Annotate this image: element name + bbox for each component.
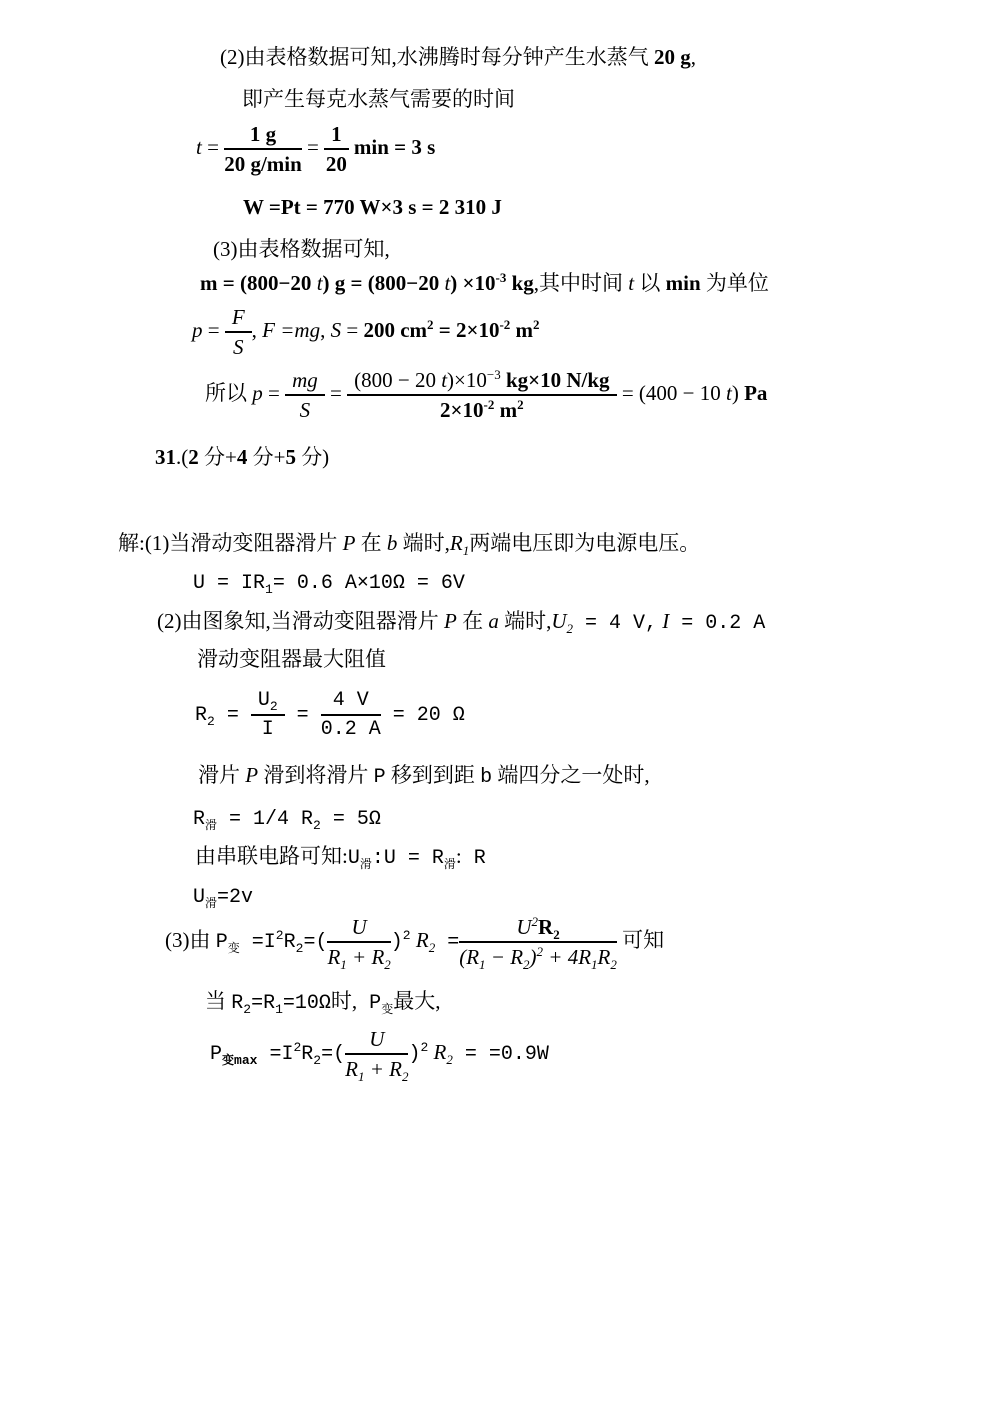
open-paren: =( <box>321 1043 345 1066</box>
fraction-numerator: F <box>225 305 252 333</box>
solution-part2-line: (2)由图象知,当滑动变阻器滑片 P 在 a 端时,U2 = 4 V, I = … <box>157 608 765 636</box>
var-S: S <box>331 318 342 342</box>
den-expr: (R <box>459 945 479 969</box>
fraction-denominator: R1 + R2 <box>345 1055 408 1081</box>
subscript-2: 2 <box>207 714 215 729</box>
close-paren: ) <box>530 945 537 969</box>
subscript-2: 2 <box>313 1053 321 1068</box>
rmax-label-text: 滑动变阻器最大阻值 <box>197 647 386 671</box>
fraction-denominator: S <box>225 333 252 359</box>
uslider-result: =2v <box>217 886 253 909</box>
fraction-denominator: 20 <box>324 150 349 176</box>
fraction-denominator: I <box>251 716 285 741</box>
var-R: R <box>231 992 243 1015</box>
fraction-numerator: 1 g <box>224 122 302 150</box>
subscript-2: 2 <box>553 927 560 942</box>
points-4: 4 <box>237 445 248 469</box>
var-R: R <box>301 1043 313 1066</box>
series-circuit-line: 由串联电路可知:U滑:U = R滑: R <box>195 843 486 871</box>
rslider-equation: R滑 = 1/4 R2 = 5Ω <box>193 804 381 832</box>
r2-result: = 20 Ω <box>381 704 465 727</box>
q30-part2-mass-value: 20 g <box>654 45 691 69</box>
subscript-2: 2 <box>313 818 321 833</box>
var-U: U <box>551 609 566 633</box>
resistance-value: =10Ω <box>283 992 331 1015</box>
result-expr: (400 − 10 <box>639 381 726 405</box>
mass-equation: m = (800−20 t) g = (800−20 t) ×10-3 kg,其… <box>200 270 769 296</box>
fraction-mg-over-S: mgS <box>285 368 325 422</box>
var-P: P <box>343 531 356 555</box>
equals-sign: = <box>341 318 363 342</box>
fraction-numerator: U2R2 <box>459 915 617 943</box>
equals-sign: = <box>325 381 347 405</box>
pressure-definition-line: p = FS, F =mg, S = 200 cm2 = 2×10-2 m2 <box>192 305 540 359</box>
fraction-U2-over-I: U2I <box>251 689 285 741</box>
paren: .( <box>176 445 188 469</box>
var-R: R <box>193 808 205 831</box>
comma: , <box>252 318 263 342</box>
therefore-text: 所以 <box>205 381 252 405</box>
solution-part2-text: (2)由图象知,当滑动变阻器滑片 <box>157 609 444 633</box>
subscript-2: 2 <box>243 1002 251 1017</box>
subscript-1: 1 <box>265 582 273 597</box>
plus-R: + R <box>347 945 385 969</box>
var-P: P <box>216 931 228 954</box>
var-P-mono: P <box>374 766 386 789</box>
numerator-expr: (800 − 20 <box>354 368 441 392</box>
equals-sign: = <box>263 381 285 405</box>
subscript-2: 2 <box>402 1069 409 1084</box>
var-R2: R <box>195 704 207 727</box>
uslider-equation: U滑=2v <box>193 882 253 910</box>
equals-sign: = <box>285 704 321 727</box>
pmax-equation: P变max =I2R2=(UR1 + R2)2 R2 = =0.9W <box>210 1027 549 1081</box>
subscript-1: 1 <box>275 1002 283 1017</box>
subscript-hua: 滑 <box>205 818 217 832</box>
voltage-value: = 4 V, <box>573 612 657 635</box>
solution-part1-text2: 在 <box>355 531 387 555</box>
den-expr3: + 4R <box>543 945 591 969</box>
equals-R: =R <box>251 992 275 1015</box>
time-note-text: ,其中时间 <box>534 271 629 295</box>
var-U: U <box>348 847 360 870</box>
time-note-text3: 为单位 <box>701 271 769 295</box>
time-result: min = 3 s <box>349 135 436 159</box>
subscript-bian: 变 <box>222 1053 234 1067</box>
work-equation: W =Pt = 770 W×3 s = 2 310 J <box>243 194 502 220</box>
time-equation: t = 1 g20 g/min = 120 min = 3 s <box>196 122 435 176</box>
q30-part2-intro-line: (2)由表格数据可知,水沸腾时每分钟产生水蒸气 20 g, <box>220 44 696 70</box>
points-sep: 分+ <box>247 445 285 469</box>
fraction-numerator: mg <box>285 368 325 396</box>
q30-part2-line2: 即产生每克水蒸气需要的时间 <box>242 86 515 112</box>
area-conversion: = 2×10 <box>434 318 500 342</box>
fraction-U-over-R1R2: UR1 + R2 <box>327 915 390 969</box>
fraction-4V-over-02A: 4 V0.2 A <box>321 689 381 741</box>
subscript-hua: 滑 <box>205 896 217 910</box>
var-p: p <box>192 318 203 342</box>
var-U: U <box>516 915 531 939</box>
var-R: R <box>462 847 486 870</box>
q30-part2-intro-comma: , <box>691 45 696 69</box>
fraction-numerator: U <box>327 915 390 943</box>
exponent-neg3: −3 <box>487 367 501 382</box>
var-R: R <box>450 531 463 555</box>
fraction-F-over-S: FS <box>225 305 252 359</box>
fraction-U-over-R1R2: UR1 + R2 <box>345 1027 408 1081</box>
fraction-denominator: 2×10-2 m2 <box>347 396 616 422</box>
comma: , <box>320 318 331 342</box>
plus-R: + R <box>364 1057 402 1081</box>
part3-prefix: (3)由 <box>165 928 216 952</box>
var-b: b <box>387 531 398 555</box>
q30-part2-intro-text: (2)由表格数据可知,水沸腾时每分钟产生水蒸气 <box>220 45 654 69</box>
var-R: R <box>598 945 611 969</box>
q31-heading: 31.(2 分+4 分+5 分) <box>155 444 329 470</box>
fraction-denominator: R1 + R2 <box>327 943 390 969</box>
q30-part3-head-text: (3)由表格数据可知, <box>213 237 390 261</box>
unit-m: m <box>510 318 533 342</box>
var-P: P <box>357 992 381 1015</box>
var-U: U <box>193 886 205 909</box>
var-U: U <box>258 689 270 712</box>
equals-sign: = <box>302 135 324 159</box>
var-R-bold: R <box>538 915 553 939</box>
result-paren: ) <box>732 381 744 405</box>
var-R: R <box>345 1057 358 1081</box>
subscript-2: 2 <box>384 957 391 972</box>
exponent-2: 2 <box>533 317 540 332</box>
open-paren: =( <box>303 931 327 954</box>
solution-part1-text4: 两端电压即为电源电压。 <box>469 531 700 555</box>
numerator-expr2: )×10 <box>447 368 487 392</box>
fraction-U2R2-over-denominator: U2R2(R1 − R2)2 + 4R1R2 <box>459 915 617 969</box>
exponent-neg2: -2 <box>499 317 510 332</box>
points-5: 5 <box>285 445 296 469</box>
fraction-denominator: S <box>285 396 325 422</box>
q30-part2-line2-text: 即产生每克水蒸气需要的时间 <box>242 87 515 111</box>
exponent-2: 2 <box>517 397 524 412</box>
force-equation: F =mg <box>262 318 320 342</box>
unit-kg: kg <box>506 271 533 295</box>
var-a: a <box>488 609 499 633</box>
power-expr: =I <box>240 931 276 954</box>
equals-sign: = <box>617 381 639 405</box>
solution-part1-line: 解:(1)当滑动变阻器滑片 P 在 b 端时,R1两端电压即为电源电压。 <box>118 530 700 556</box>
fraction-weight-over-area: (800 − 20 t)×10−3 kg×10 N/kg2×10-2 m2 <box>347 368 616 422</box>
rslider-result: = 5Ω <box>321 808 381 831</box>
fraction-1-over-20: 120 <box>324 122 349 176</box>
slider-text4: 端四分之一处时, <box>492 763 650 787</box>
var-P: P <box>245 763 258 787</box>
fraction-denominator: (R1 − R2)2 + 4R1R2 <box>459 943 617 969</box>
solution-part1-text: 解:(1)当滑动变阻器滑片 <box>118 531 343 555</box>
subscript-2: 2 <box>610 957 617 972</box>
max-text: 最大, <box>393 989 440 1013</box>
var-R: R <box>284 931 296 954</box>
condition-line: 当 R2=R1=10Ω时, P变最大, <box>205 988 440 1016</box>
pressure-result-line: 所以 p = mgS = (800 − 20 t)×10−3 kg×10 N/k… <box>205 368 767 422</box>
slider-text: 滑片 <box>198 763 245 787</box>
points-sep: 分+ <box>199 445 237 469</box>
fraction-numerator: 1 <box>324 122 349 150</box>
mass-expr-3: ) ×10 <box>450 271 495 295</box>
area-value: 200 cm <box>363 318 427 342</box>
voltage-expr: U = IR <box>193 572 265 595</box>
voltage-result: = 0.6 A×10Ω = 6V <box>273 572 465 595</box>
var-R: R <box>411 928 429 952</box>
fraction-numerator: 4 V <box>321 689 381 716</box>
kezhi-text: 可知 <box>617 928 664 952</box>
solution-part2-text3: 端时, <box>499 609 552 633</box>
current-value: = 0.2 A <box>669 612 765 635</box>
points-close: 分) <box>296 445 329 469</box>
close-paren: ) <box>391 931 403 954</box>
series-circuit-text: 由串联电路可知: <box>195 844 348 868</box>
denominator-value: 2×10 <box>440 398 483 422</box>
unit-m: m <box>494 398 517 422</box>
exponent-2: 2 <box>276 928 284 943</box>
slider-position-line: 滑片 P 滑到将滑片 P 移到到距 b 端四分之一处时, <box>198 762 650 790</box>
close-paren: ) <box>408 1043 420 1066</box>
q30-part3-head: (3)由表格数据可知, <box>213 236 390 262</box>
solution-part2-text2: 在 <box>457 609 489 633</box>
subscript-hua: 滑 <box>360 857 372 871</box>
time-note-text2: 以 <box>634 271 666 295</box>
rslider-expr: = 1/4 R <box>217 808 313 831</box>
numerator-units: kg×10 N/kg <box>501 368 610 392</box>
solution-part1-text3: 端时, <box>397 531 450 555</box>
fraction-numerator: U2 <box>251 689 285 716</box>
subscript-max: max <box>234 1053 257 1068</box>
unit-min: min <box>666 271 701 295</box>
r2-equation: R2 = U2I = 4 V0.2 A = 20 Ω <box>195 689 465 741</box>
var-p: p <box>252 381 263 405</box>
when-text: 当 <box>205 989 231 1013</box>
pmax-result: = =0.9W <box>453 1043 549 1066</box>
equals-sign: = <box>202 135 224 159</box>
answer-document-page: (2)由表格数据可知,水沸腾时每分钟产生水蒸气 20 g, 即产生每克水蒸气需要… <box>0 0 992 1403</box>
den-expr2: − R <box>486 945 524 969</box>
exponent-neg3: -3 <box>496 270 507 285</box>
equals-sign: = <box>215 704 251 727</box>
subscript-bian: 变 <box>381 1002 393 1016</box>
fraction-1g-over-rate: 1 g20 g/min <box>224 122 302 176</box>
var-I: I <box>657 609 669 633</box>
var-b-mono: b <box>480 766 492 789</box>
var-m: m <box>200 271 218 295</box>
slider-text2: 滑到将滑片 <box>258 763 374 787</box>
var-P: P <box>210 1043 222 1066</box>
power-expr: =I <box>257 1043 293 1066</box>
voltage-equation: U = IR1= 0.6 A×10Ω = 6V <box>193 568 465 596</box>
points-2: 2 <box>188 445 199 469</box>
equals-sign: = <box>203 318 225 342</box>
work-equation-text: W =Pt = 770 W×3 s = 2 310 J <box>243 195 502 219</box>
question-number: 31 <box>155 445 176 469</box>
subscript-bian: 变 <box>228 941 240 955</box>
shi-text: 时, <box>331 989 357 1013</box>
slider-text3: 移到到距 <box>386 763 481 787</box>
fraction-numerator: U <box>345 1027 408 1055</box>
subscript-2: 2 <box>270 699 278 714</box>
var-P: P <box>444 609 457 633</box>
var-R: R <box>428 1040 446 1064</box>
var-R: R <box>327 945 340 969</box>
ratio-expr: :U = R <box>372 847 444 870</box>
equals-sign: = <box>435 931 459 954</box>
exponent-neg2: -2 <box>484 397 495 412</box>
fraction-numerator: (800 − 20 t)×10−3 kg×10 N/kg <box>347 368 616 396</box>
power-formula-line: (3)由 P变 =I2R2=(UR1 + R2)2 R2 =U2R2(R1 − … <box>165 915 664 969</box>
exponent-2: 2 <box>403 928 411 943</box>
mass-expr-1: = (800−20 <box>218 271 317 295</box>
mass-expr-2: ) g = (800−20 <box>323 271 445 295</box>
subscript-hua: 滑 <box>444 857 456 871</box>
fraction-denominator: 20 g/min <box>224 150 302 176</box>
unit-Pa: Pa <box>744 381 767 405</box>
fraction-denominator: 0.2 A <box>321 716 381 741</box>
rmax-label-line: 滑动变阻器最大阻值 <box>197 646 386 672</box>
